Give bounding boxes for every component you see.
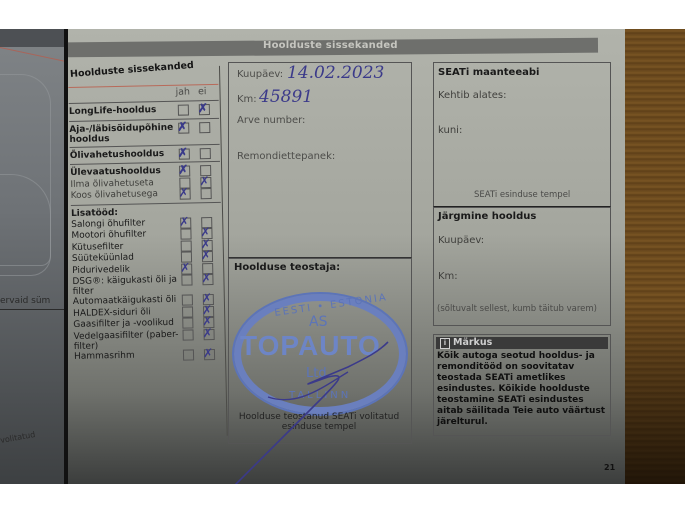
handwritten-check-icon: ✗	[180, 260, 190, 274]
handwritten-check-icon: ✗	[201, 248, 211, 262]
checklist-label: Aja-/läbisõidupõhine hooldus	[69, 122, 174, 144]
roadside-assistance-title: SEATi maanteeabi	[438, 67, 539, 78]
service-entry-form: Kuupäev: 14.02.2023 Km: 45891 Arve numbe…	[228, 62, 412, 442]
valid-until-label: kuni:	[438, 125, 462, 136]
handwritten-check-icon: ✗	[177, 119, 187, 133]
checklist-row: Ülevaatushooldus✗	[70, 165, 220, 168]
checklist-label: Ülevaatushooldus	[70, 166, 175, 178]
handwritten-check-icon: ✗	[203, 346, 213, 360]
note-title: Märkus	[453, 337, 492, 348]
booklet-photo: ervaid süm volitatud Hoolduste sissekand…	[0, 29, 685, 484]
checkbox-yes[interactable]: ✗	[180, 217, 191, 228]
checklist-label: Gaasifilter ja -voolikud	[73, 318, 178, 330]
col-no: ei	[198, 86, 207, 97]
checkbox-yes[interactable]	[182, 306, 193, 317]
checkbox-no[interactable]	[201, 188, 212, 199]
checklist-label: Mootori õhufilter	[71, 229, 176, 241]
next-service-box: Järgmine hooldus Kuupäev: Km: (sõltuvalt…	[433, 206, 611, 326]
note-box: iMärkus Kõik autoga seotud hooldus- ja r…	[433, 334, 611, 436]
checklist-label: LongLife-hooldus	[69, 105, 174, 117]
handwritten-check-icon: ✗	[202, 326, 212, 340]
checkbox-yes[interactable]: ✗	[181, 263, 192, 274]
date-label: Kuupäev:	[237, 69, 283, 80]
dealer-stamp-label: SEATi esinduse tempel	[474, 190, 570, 200]
checkbox-yes[interactable]	[183, 349, 194, 360]
handwritten-check-icon: ✗	[198, 101, 208, 115]
performer-title: Hoolduse teostaja:	[234, 262, 340, 273]
checkbox-yes[interactable]: ✗	[180, 188, 191, 199]
checkbox-no[interactable]: ✗	[202, 251, 213, 262]
right-column: SEATi maanteeabi Kehtib alates: kuni: SE…	[433, 62, 611, 442]
service-type-checklist: Hoolduste sissekanded jah ei LongLife-ho…	[68, 66, 236, 449]
checklist-label: Salongi õhufilter	[71, 217, 176, 229]
checklist-label: Vedelgaasifilter (paber-filter)	[73, 329, 178, 351]
left-page-fragment: ervaid süm volitatud	[0, 29, 68, 484]
note-header: iMärkus	[436, 337, 608, 349]
checkbox-yes[interactable]: ✗	[178, 122, 189, 133]
service-details-box: Kuupäev: 14.02.2023 Km: 45891 Arve numbe…	[228, 62, 412, 259]
left-page-cut-text: ervaid süm	[0, 296, 50, 306]
checklist-label: Pidurivedelik	[72, 263, 177, 275]
checklist-row: Aja-/läbisõidupõhine hooldus✗	[69, 121, 219, 124]
checkbox-no[interactable]	[199, 122, 210, 133]
handwritten-check-icon: ✗	[201, 271, 211, 285]
checklist-label: Automaatkäigukasti õli	[73, 295, 178, 307]
checkbox-no[interactable]: ✗	[200, 177, 211, 188]
handwritten-check-icon: ✗	[179, 214, 189, 228]
signature	[228, 312, 410, 484]
wooden-table-background	[623, 29, 685, 484]
next-date-label: Kuupäev:	[438, 235, 484, 246]
info-icon: i	[440, 338, 450, 349]
group-heading: Lisatööd:	[71, 205, 221, 208]
repair-recommendation-label: Remondiettepanek:	[237, 151, 335, 162]
handwritten-check-icon: ✗	[178, 186, 188, 200]
checkbox-yes[interactable]	[182, 294, 193, 305]
checkbox-yes[interactable]	[182, 329, 193, 340]
checkbox-no[interactable]: ✗	[204, 348, 215, 359]
km-label: Km:	[237, 94, 257, 105]
checklist-row: LongLife-hooldus✗	[69, 104, 219, 107]
column-headers: jah ei	[175, 86, 206, 98]
checkbox-no[interactable]	[200, 148, 211, 159]
checkbox-yes[interactable]	[181, 274, 192, 285]
checklist-label: Ilma õlivahetuseta	[70, 177, 175, 189]
section-title: Hoolduste sissekanded	[70, 60, 194, 80]
checklist-label: Koos õlivahetusega	[71, 189, 176, 201]
checklist-label: Õlivahetushooldus	[70, 148, 175, 160]
service-record-page: Hoolduste sissekanded Hoolduste sissekan…	[68, 29, 625, 484]
checkbox-no[interactable]: ✗	[202, 274, 213, 285]
checkbox-yes[interactable]	[180, 228, 191, 239]
checkbox-yes[interactable]	[182, 317, 193, 328]
date-value[interactable]: 14.02.2023	[287, 63, 384, 83]
next-km-label: Km:	[438, 271, 458, 282]
checkbox-yes[interactable]: ✗	[179, 165, 190, 176]
next-service-title: Järgmine hooldus	[438, 211, 536, 222]
checklist-label: Hammasrihm	[74, 349, 179, 361]
checkbox-yes[interactable]	[178, 104, 189, 115]
checkbox-yes[interactable]: ✗	[179, 148, 190, 159]
km-value[interactable]: 45891	[259, 87, 313, 107]
checklist-label: Süüteküünlad	[72, 252, 177, 264]
left-page-cut-text: volitatud	[0, 430, 36, 445]
next-service-note: (sõltuvalt sellest, kumb täitub varem)	[437, 304, 597, 314]
page-number: 21	[604, 463, 615, 472]
checkbox-no[interactable]: ✗	[203, 328, 214, 339]
checkbox-no[interactable]: ✗	[199, 104, 210, 115]
checklist-label: Kütusefilter	[72, 240, 177, 252]
checklist-row: Õlivahetushooldus✗	[70, 147, 220, 150]
roadside-assistance-box: SEATi maanteeabi Kehtib alates: kuni: SE…	[433, 62, 611, 208]
note-text: Kõik autoga seotud hooldus- ja remonditö…	[437, 351, 607, 428]
checkbox-yes[interactable]	[181, 240, 192, 251]
invoice-number-label: Arve number:	[237, 115, 305, 126]
page-header-title: Hoolduste sissekanded	[263, 40, 398, 51]
col-yes: jah	[175, 86, 190, 97]
checklist-label: HALDEX-siduri õli	[73, 306, 178, 318]
handwritten-check-icon: ✗	[199, 174, 209, 188]
handwritten-check-icon: ✗	[178, 145, 188, 159]
checklist-label: DSG®: käigukasti õli ja filter	[72, 275, 177, 297]
handwritten-check-icon: ✗	[178, 163, 188, 177]
valid-from-label: Kehtib alates:	[438, 90, 506, 101]
